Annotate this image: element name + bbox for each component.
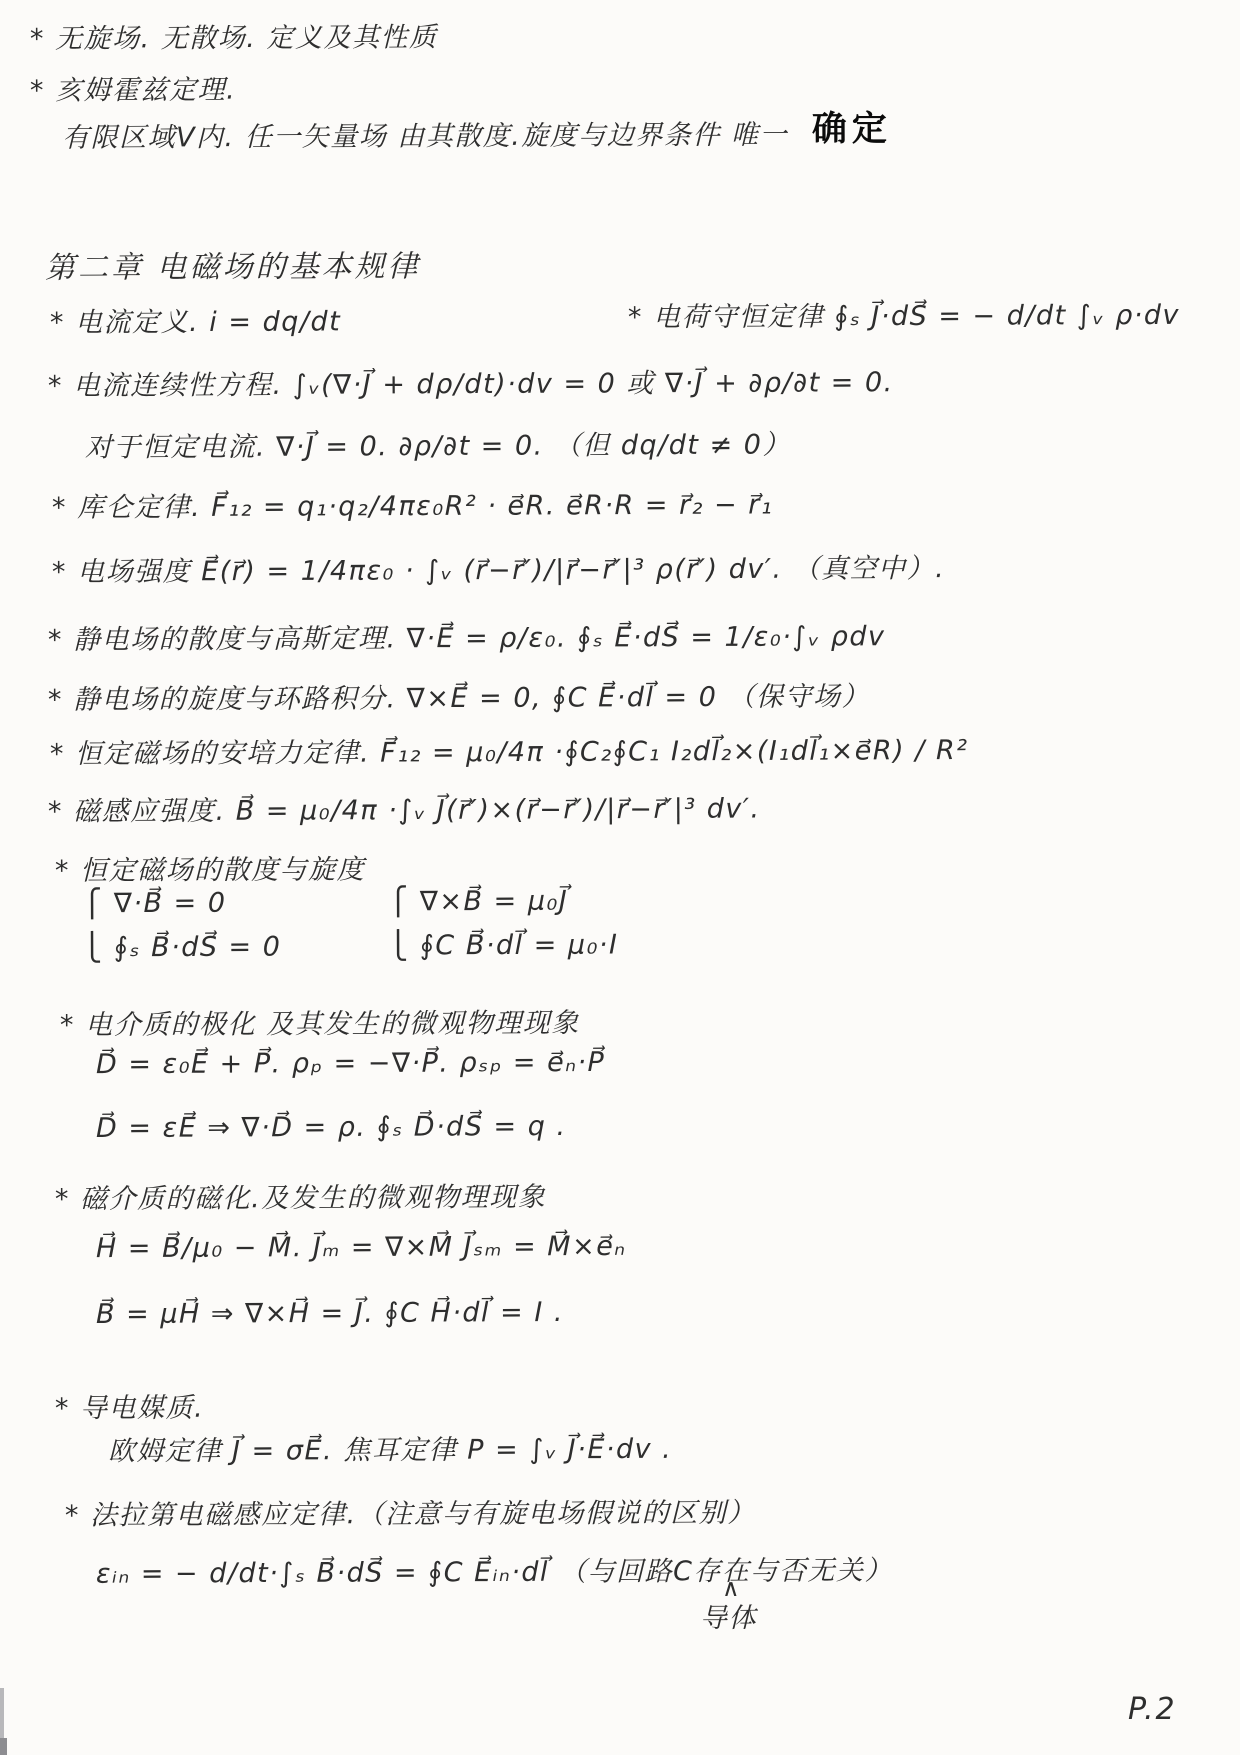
line-current-definition: * 电流定义. i = dq/dt [50,299,341,339]
scan-artifact-left-strip [0,1688,4,1738]
line-polarization-formulas: D⃗ = ε₀E⃗ + P⃗. ρₚ = −∇·P⃗. ρₛₚ = e⃗ₙ·P⃗ [96,1047,605,1080]
line-gauss-theorem: * 静电场的散度与高斯定理. ∇·E⃗ = ρ/ε₀. ∮ₛ E⃗·dS⃗ = … [48,614,886,657]
line-charge-conservation: * 电荷守恒定律 ∮ₛ J⃗·dS⃗ = − d/dt ∫ᵥ ρ·dv [628,293,1180,334]
line-coulomb-law: * 库仑定律. F⃗₁₂ = q₁·q₂/4πε₀R² · e⃗R. e⃗R·R… [52,482,773,524]
line-B-mu-H: B⃗ = μH⃗ ⇒ ∇×H⃗ = J⃗. ∮C H⃗·dl⃗ = I . [96,1297,564,1330]
line-ohm-joule-law: 欧姆定律 J⃗ = σE⃗. 焦耳定律 P = ∫ᵥ J⃗·E⃗·dv . [108,1427,672,1468]
line-ampere-force-law: * 恒定磁场的安培力定律. F⃗₁₂ = μ₀/4π ·∮C₂∮C₁ I₂dl⃗… [50,728,969,771]
line-continuity-equation: * 电流连续性方程. ∫ᵥ(∇·J⃗ + dρ/dt)·dv = 0 或 ∇·J… [48,360,894,403]
line-flux-B: ⎩ ∮ₛ B⃗·dS⃗ = 0 [82,932,282,964]
line-helmholtz-statement: 有限区域V内. 任一矢量场 由其散度.旋度与边界条件 唯一确定 [62,104,892,158]
line-D-epsilon-E: D⃗ = εE⃗ ⇒ ∇·D⃗ = ρ. ∮ₛ D⃗·dS⃗ = q . [96,1111,567,1144]
line-curl-B: ⎧ ∇×B⃗ = μ₀J⃗ [388,886,568,918]
line-dielectric-polarization: * 电介质的极化 及其发生的微观物理现象 [60,1001,580,1042]
section-heading-chapter2: 第二章 电磁场的基本规律 [45,241,421,287]
line-steady-current: 对于恒定电流. ∇·J⃗ = 0. ∂ρ/∂t = 0. （但 dq/dt ≠ … [85,422,791,464]
line-magnetization: * 磁介质的磁化.及发生的微观物理现象 [55,1175,546,1216]
conductor-note-label: 导体 [700,1596,757,1635]
line-helmholtz-theorem: * 亥姆霍兹定理. [30,68,236,108]
page-number: P.2 [1128,1692,1177,1727]
line-conducting-media: * 导电媒质. [55,1386,204,1426]
line-magnetic-flux-density: * 磁感应强度. B⃗ = μ₀/4π ·∫ᵥ J⃗(r⃗′)×(r⃗−r⃗′)… [48,786,761,828]
line-magnetization-formulas: H⃗ = B⃗/μ₀ − M⃗. J⃗ₘ = ∇×M⃗ J⃗ₛₘ = M⃗×e⃗… [96,1231,627,1264]
line-circulation-B: ⎩ ∮C B⃗·dl⃗ = μ₀·I [388,929,619,961]
line-div-B: ⎧ ∇·B⃗ = 0 [82,888,227,920]
line-electric-field-intensity: * 电场强度 E⃗(r⃗) = 1/4πε₀ · ∫ᵥ (r⃗−r⃗′)/|r⃗… [52,546,945,589]
typed-text-annotation: 确定 [812,101,892,151]
line-faraday-law: * 法拉第电磁感应定律.（注意与有旋电场假说的区别） [65,1490,756,1532]
scan-artifact-corner [0,1738,7,1755]
line-emf-formula: εᵢₙ = − d/dt·∫ₛ B⃗·dS⃗ = ∮C E⃗ᵢₙ·dl⃗ （与回… [96,1548,893,1590]
line-electrostatic-curl: * 静电场的旋度与环路积分. ∇×E⃗ = 0, ∮C E⃗·dl⃗ = 0 （… [48,674,870,717]
line-steady-field-div-curl: * 恒定磁场的散度与旋度 [55,847,365,887]
helmholtz-statement-text: 有限区域V内. 任一矢量场 由其散度.旋度与边界条件 唯一 [62,120,788,154]
scanned-notes-page: * 无旋场. 无散场. 定义及其性质 * 亥姆霍兹定理. 有限区域V内. 任一矢… [0,0,1240,1755]
line-irrotational-solenoidal: * 无旋场. 无散场. 定义及其性质 [30,15,438,56]
